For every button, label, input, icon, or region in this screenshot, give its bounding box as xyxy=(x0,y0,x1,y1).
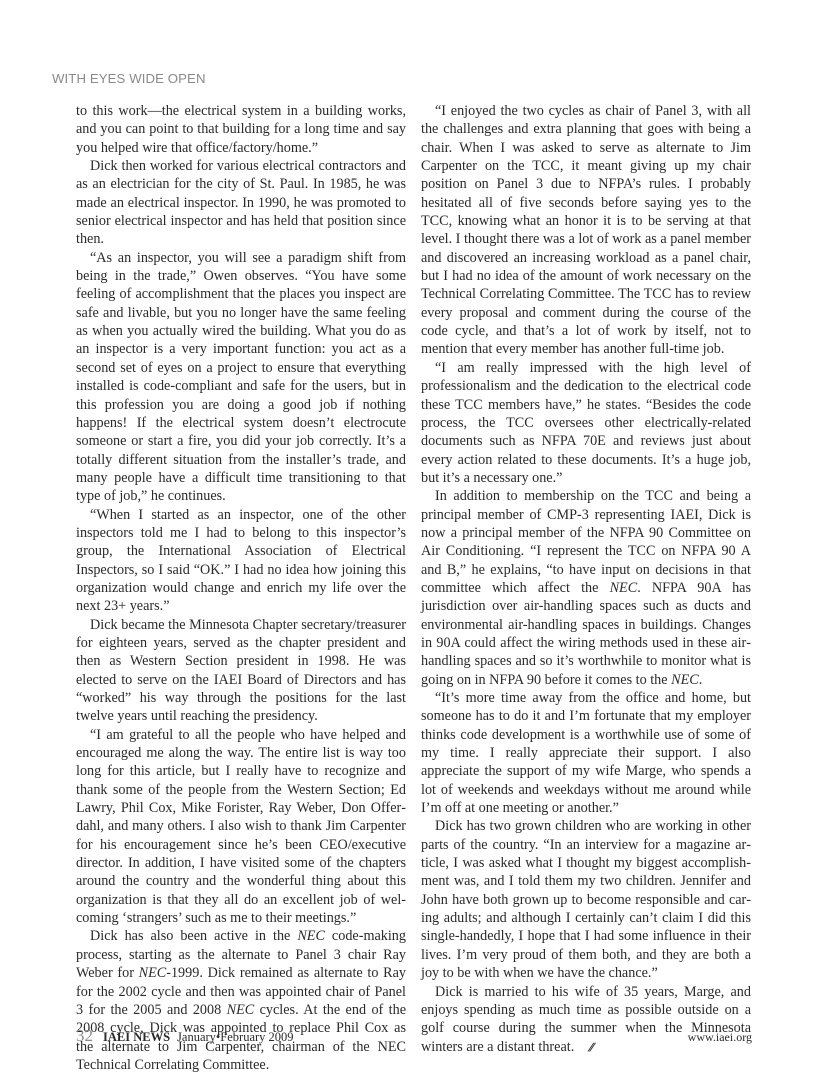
paragraph: Dick then worked for various electrical … xyxy=(76,157,406,249)
paragraph: Dick has two grown children who are work… xyxy=(421,817,751,982)
paragraph: Dick became the Minnesota Chapter secret… xyxy=(76,616,406,726)
website-url: www.iaei.org xyxy=(688,1030,752,1045)
paragraph: “When I started as an inspector, one of … xyxy=(76,506,406,616)
issue-date: January•February 2009 xyxy=(177,1030,294,1044)
paragraph: “I enjoyed the two cycles as chair of Pa… xyxy=(421,102,751,359)
paragraph: to this work—the electrical system in a … xyxy=(76,102,406,157)
paragraph: “It’s more time away from the office and… xyxy=(421,689,751,817)
page-footer: 32 IAEI NEWS January•February 2009 www.i… xyxy=(76,1026,752,1046)
article-column-right: “I enjoyed the two cycles as chair of Pa… xyxy=(421,102,751,1057)
italic-nec: NEC xyxy=(671,672,699,688)
article-column-left: to this work—the electrical system in a … xyxy=(76,102,406,1074)
publication-name: IAEI NEWS xyxy=(103,1030,170,1044)
italic-nec: NEC xyxy=(227,1002,255,1018)
paragraph: In addition to membership on the TCC and… xyxy=(421,487,751,689)
running-head: WITH EYES WIDE OPEN xyxy=(52,71,206,86)
italic-nec: NEC xyxy=(297,928,325,944)
paragraph: “As an inspector, you will see a paradig… xyxy=(76,249,406,506)
paragraph: “I am really impressed with the high lev… xyxy=(421,359,751,487)
paragraph: “I am grateful to all the people who hav… xyxy=(76,726,406,928)
page-number: 32 xyxy=(76,1026,93,1045)
italic-nec: NEC xyxy=(139,965,167,981)
italic-nec: NEC xyxy=(610,580,638,596)
paragraph: Dick has also been active in the NEC cod… xyxy=(76,927,406,1074)
text-run: Dick has also been active in the xyxy=(90,928,297,944)
text-run: . xyxy=(699,672,703,688)
